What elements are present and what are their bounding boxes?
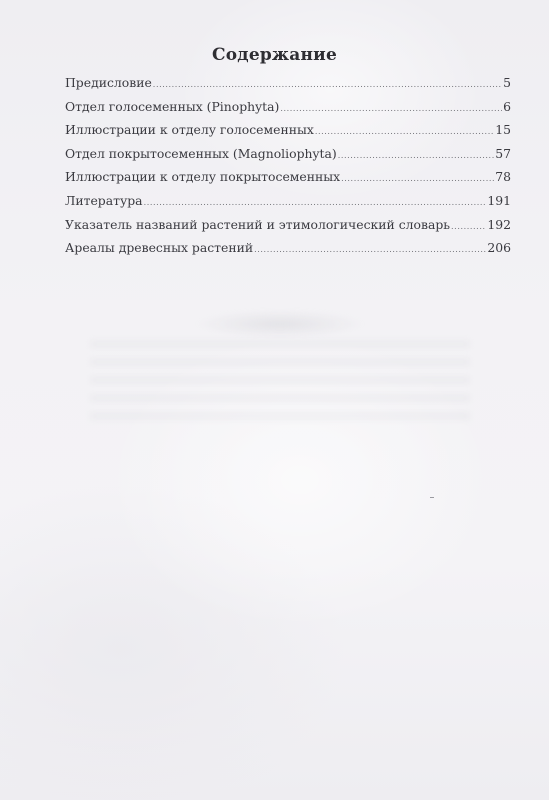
toc-entry-label: Иллюстрации к отделу покрытосеменных (65, 169, 340, 184)
dot-leader (254, 245, 486, 254)
scan-speck (430, 497, 434, 498)
toc-entry-page: 78 (495, 169, 511, 184)
toc-entry-label: Отдел покрытосеменных (Magnoliophyta) (65, 146, 337, 161)
dot-leader (315, 127, 494, 136)
dot-leader (341, 174, 494, 183)
dot-leader (144, 198, 487, 207)
toc-entry-page: 192 (487, 217, 511, 232)
toc-title: Содержание (0, 45, 549, 65)
toc-entry: Отдел покрытосеменных (Magnoliophyta) 57 (65, 146, 511, 170)
toc-entry-label: Указатель названий растений и этимологич… (65, 217, 450, 232)
scanned-page: Содержание Предисловие 5 Отдел голосемен… (0, 0, 549, 800)
bleed-through-smudge (195, 310, 365, 338)
bleed-through-text-shadow (90, 340, 470, 430)
table-of-contents: Предисловие 5 Отдел голосеменных (Pinoph… (65, 75, 511, 264)
toc-entry: Иллюстрации к отделу покрытосеменных 78 (65, 169, 511, 193)
toc-entry: Литература 191 (65, 193, 511, 217)
toc-entry: Отдел голосеменных (Pinophyta) 6 (65, 99, 511, 123)
toc-entry-label: Литература (65, 193, 143, 208)
toc-entry-page: 15 (495, 122, 511, 137)
toc-entry: Предисловие 5 (65, 75, 511, 99)
dot-leader (280, 104, 502, 113)
toc-entry-label: Предисловие (65, 75, 152, 90)
toc-entry-label: Отдел голосеменных (Pinophyta) (65, 99, 279, 114)
toc-entry-label: Ареалы древесных растений (65, 240, 253, 255)
toc-entry: Иллюстрации к отделу голосеменных 15 (65, 122, 511, 146)
toc-entry-page: 206 (487, 240, 511, 255)
toc-entry-label: Иллюстрации к отделу голосеменных (65, 122, 314, 137)
toc-entry-page: 6 (503, 99, 511, 114)
toc-entry-page: 5 (503, 75, 511, 90)
toc-entry-page: 191 (487, 193, 511, 208)
toc-entry-page: 57 (495, 146, 511, 161)
toc-entry: Ареалы древесных растений 206 (65, 240, 511, 264)
dot-leader (153, 80, 502, 89)
toc-entry: Указатель названий растений и этимологич… (65, 217, 511, 241)
dot-leader (451, 222, 486, 231)
dot-leader (338, 151, 495, 160)
